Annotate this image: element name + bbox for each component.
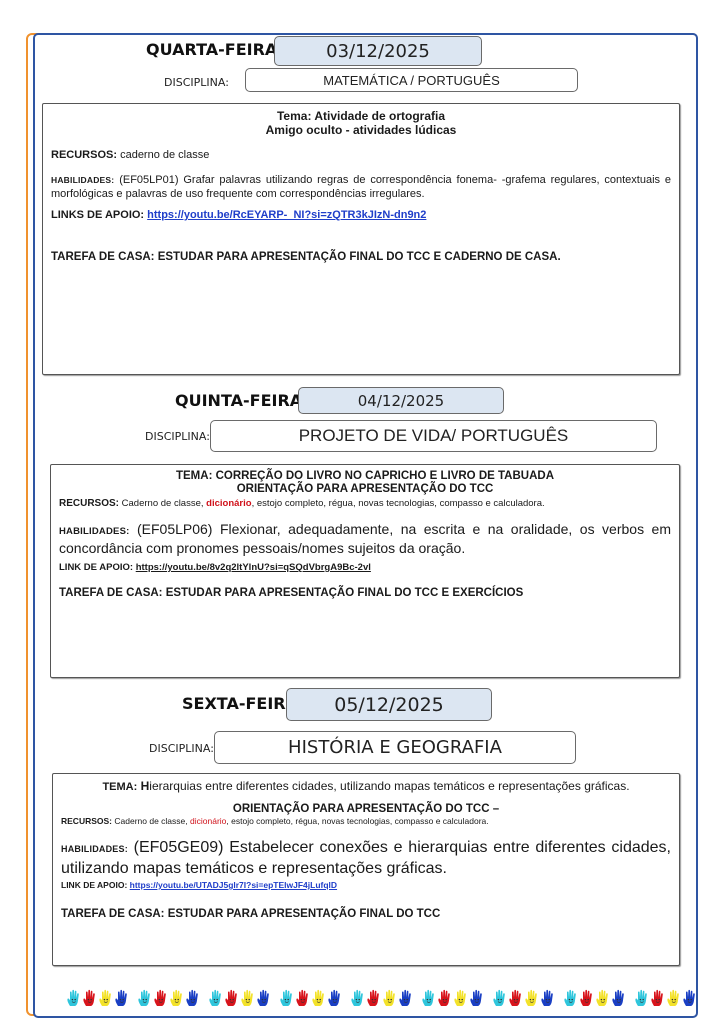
hand-icon — [98, 988, 114, 1008]
hand-icon — [224, 988, 240, 1008]
resources-text-post: , estojo completo, régua, novas tecnolog… — [226, 816, 488, 826]
day-title-thursday: QUINTA-FEIRA — [175, 391, 302, 410]
links-label: LINKS DE APOIO: — [51, 209, 144, 221]
day-title-wednesday: QUARTA-FEIRA — [146, 40, 277, 59]
theme-title: TEMA: CORREÇÃO DO LIVRO NO CAPRICHO E LI… — [51, 470, 679, 483]
skills-label: HABILIDADES: — [59, 526, 129, 537]
skills-text: (EF05GE09) Estabelecer conexões e hierar… — [61, 839, 671, 877]
date-field-friday[interactable]: 05/12/2025 — [286, 688, 492, 721]
hand-group — [421, 988, 485, 1010]
hand-icon — [682, 988, 698, 1008]
support-link[interactable]: https://youtu.be/UTADJ5glr7I?si=epTElwJF… — [130, 880, 337, 890]
lesson-card-friday: TEMA: Hierarquias entre diferentes cidad… — [52, 773, 680, 966]
hand-icon — [469, 988, 485, 1008]
hand-group — [492, 988, 556, 1010]
hand-icon — [240, 988, 256, 1008]
hand-group — [279, 988, 343, 1010]
hand-icon — [563, 988, 579, 1008]
theme-subtitle: ORIENTAÇÃO PARA APRESENTAÇÃO DO TCC — [51, 483, 679, 496]
skills-row: HABILIDADES: (EF05LP06) Flexionar, adequ… — [59, 521, 671, 557]
hand-icon — [524, 988, 540, 1008]
hand-icon — [114, 988, 130, 1008]
hand-group — [350, 988, 414, 1010]
resources-row: RECURSOS: caderno de classe — [51, 149, 671, 161]
resources-text-pre: Caderno de classe, — [114, 816, 187, 826]
skills-row: HABILIDADES: (EF05GE09) Estabelecer cone… — [61, 838, 671, 878]
discipline-label-thursday: DISCIPLINA: — [145, 430, 210, 443]
hand-group — [208, 988, 272, 1010]
theme-title: Tema: Atividade de ortografia — [43, 109, 679, 123]
theme-row: TEMA: Hierarquias entre diferentes cidad… — [53, 779, 679, 793]
hand-icon — [311, 988, 327, 1008]
lesson-card-thursday: TEMA: CORREÇÃO DO LIVRO NO CAPRICHO E LI… — [50, 464, 680, 678]
hand-icon — [382, 988, 398, 1008]
hand-icon — [595, 988, 611, 1008]
theme-subtitle: Amigo oculto - atividades lúdicas — [43, 123, 679, 137]
hand-icon — [508, 988, 524, 1008]
skills-text: (EF05LP01) Grafar palavras utilizando re… — [51, 174, 671, 200]
skills-label: HABILIDADES: — [61, 844, 128, 854]
theme-text: ierarquias entre diferentes cidades, uti… — [149, 779, 629, 793]
hand-icon — [137, 988, 153, 1008]
hand-icon — [540, 988, 556, 1008]
hand-icon — [650, 988, 666, 1008]
hand-icon — [350, 988, 366, 1008]
discipline-label-wednesday: DISCIPLINA: — [164, 76, 229, 89]
hand-icon — [208, 988, 224, 1008]
discipline-field-thursday[interactable]: PROJETO DE VIDA/ PORTUGUÊS — [210, 420, 657, 452]
hand-icon — [398, 988, 414, 1008]
date-field-thursday[interactable]: 04/12/2025 — [298, 387, 504, 414]
resources-label: RECURSOS: — [59, 498, 119, 509]
hand-icon — [153, 988, 169, 1008]
date-field-wednesday[interactable]: 03/12/2025 — [274, 36, 482, 66]
theme-first-letter: H — [141, 779, 150, 793]
links-row: LINK DE APOIO: https://youtu.be/8v2q2ltY… — [59, 562, 671, 573]
hand-icon — [82, 988, 98, 1008]
hand-icon — [611, 988, 627, 1008]
skills-row: HABILIDADES: (EF05LP01) Grafar palavras … — [51, 173, 671, 201]
hand-group — [634, 988, 698, 1010]
hand-icon — [256, 988, 272, 1008]
discipline-label-friday: DISCIPLINA: — [149, 742, 214, 755]
links-label: LINK DE APOIO: — [61, 880, 127, 890]
resources-text-pre: Caderno de classe, — [122, 498, 204, 509]
theme-label: TEMA: — [102, 781, 137, 793]
homework-text: TAREFA DE CASA: ESTUDAR PARA APRESENTAÇÃ… — [61, 908, 671, 920]
resources-label: RECURSOS: — [61, 816, 112, 826]
theme-subtitle: ORIENTAÇÃO PARA APRESENTAÇÃO DO TCC – — [53, 803, 679, 815]
resources-label: RECURSOS: — [51, 149, 117, 161]
resources-row: RECURSOS: Caderno de classe, dicionário,… — [59, 498, 671, 509]
resources-highlight: dicionário — [206, 498, 251, 509]
homework-text: TAREFA DE CASA: ESTUDAR PARA APRESENTAÇÃ… — [51, 251, 671, 263]
hand-icon — [295, 988, 311, 1008]
hand-group — [563, 988, 627, 1010]
hand-icon — [279, 988, 295, 1008]
hand-icon — [666, 988, 682, 1008]
hand-icon — [634, 988, 650, 1008]
hand-icon — [66, 988, 82, 1008]
links-label: LINK DE APOIO: — [59, 562, 133, 573]
hand-icon — [453, 988, 469, 1008]
resources-text: caderno de classe — [120, 149, 209, 161]
day-title-friday: SEXTA-FEIRA — [182, 694, 298, 713]
hand-icon — [492, 988, 508, 1008]
skills-text: (EF05LP06) Flexionar, adequadamente, na … — [59, 521, 671, 556]
hand-icon — [169, 988, 185, 1008]
discipline-field-friday[interactable]: HISTÓRIA E GEOGRAFIA — [214, 731, 576, 764]
homework-text: TAREFA DE CASA: ESTUDAR PARA APRESENTAÇÃ… — [59, 587, 671, 599]
links-row: LINK DE APOIO: https://youtu.be/UTADJ5gl… — [61, 880, 671, 890]
hand-icon — [421, 988, 437, 1008]
hand-icon — [579, 988, 595, 1008]
hand-icon — [327, 988, 343, 1008]
resources-highlight: dicionário — [190, 816, 226, 826]
hand-icon — [437, 988, 453, 1008]
hand-group — [137, 988, 201, 1010]
resources-text-post: , estojo completo, régua, novas tecnolog… — [252, 498, 545, 509]
discipline-field-wednesday[interactable]: MATEMÁTICA / PORTUGUÊS — [245, 68, 578, 92]
hand-icon — [185, 988, 201, 1008]
resources-row: RECURSOS: Caderno de classe, dicionário,… — [61, 816, 671, 826]
skills-label: HABILIDADES: — [51, 175, 114, 185]
hand-icon — [366, 988, 382, 1008]
lesson-card-wednesday: Tema: Atividade de ortografia Amigo ocul… — [42, 103, 680, 375]
hand-group — [66, 988, 130, 1010]
support-link[interactable]: https://youtu.be/RcEYARP-_NI?si=zQTR3kJI… — [147, 209, 426, 221]
hands-border-decoration — [66, 988, 658, 1010]
links-row: LINKS DE APOIO: https://youtu.be/RcEYARP… — [51, 209, 671, 221]
support-link[interactable]: https://youtu.be/8v2q2ltYlnU?si=qSQdVbrg… — [136, 562, 371, 573]
